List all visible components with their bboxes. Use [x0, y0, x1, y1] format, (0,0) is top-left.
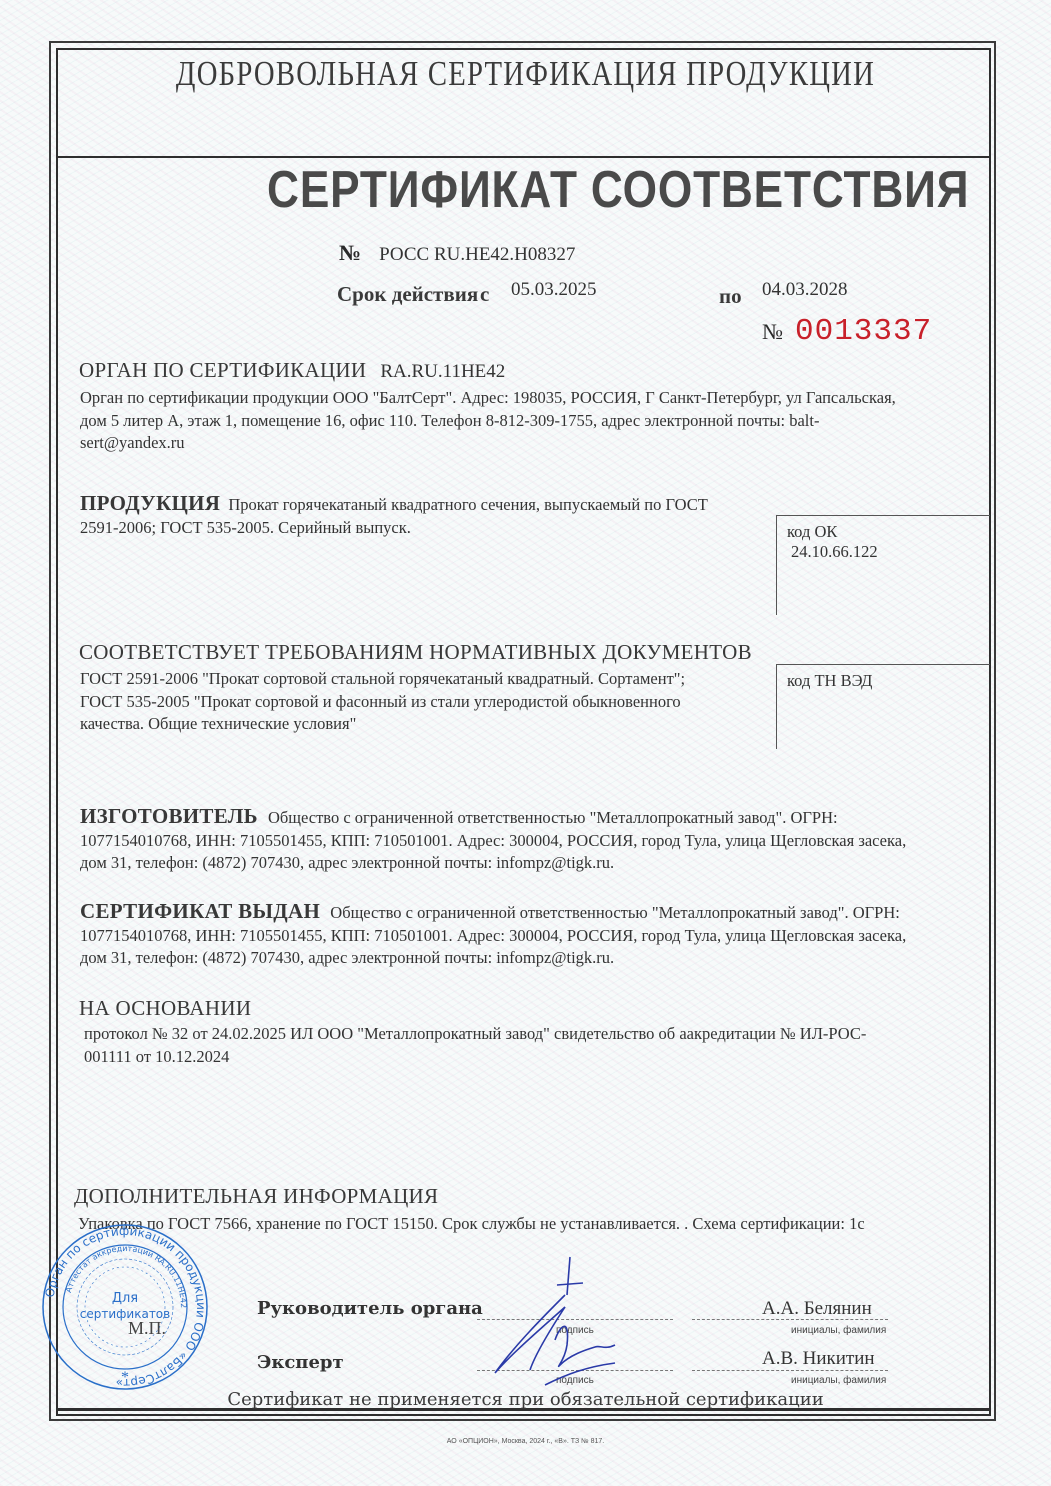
serial-number: 0013337: [795, 314, 932, 349]
tnved-code-label: код ТН ВЭД: [787, 671, 990, 691]
tnved-code-box: код ТН ВЭД: [776, 664, 990, 749]
issued-to-section: СЕРТИФИКАТ ВЫДАН Общество с ограниченной…: [80, 900, 970, 970]
expert-name-line: [692, 1370, 888, 1371]
ok-code-value: 24.10.66.122: [791, 542, 990, 562]
issued-to-line-2: 1077154010768, ИНН: 7105501455, КПП: 710…: [80, 925, 970, 948]
stamp-place-label: М.П.: [128, 1318, 166, 1339]
header-divider: [56, 156, 991, 158]
ok-code-box: код ОК 24.10.66.122: [776, 515, 990, 615]
text-line: дом 5 литер А, этаж 1, помещение 16, офи…: [80, 410, 970, 433]
text-line: Орган по сертификации продукции ООО "Бал…: [80, 387, 970, 410]
manufacturer-section: ИЗГОТОВИТЕЛЬ Общество с ограниченной отв…: [80, 805, 970, 875]
certificate-title: СЕРТИФИКАТ СООТВЕТСТВИЯ: [158, 160, 1051, 220]
manufacturer-heading: ИЗГОТОВИТЕЛЬ: [80, 804, 258, 828]
certification-body-details: Орган по сертификации продукции ООО "Бал…: [80, 387, 970, 455]
issued-to-heading: СЕРТИФИКАТ ВЫДАН: [80, 899, 320, 923]
manufacturer-line-3: дом 31, телефон: (4872) 707430, адрес эл…: [80, 852, 970, 875]
expert-name: А.В. Никитин: [762, 1348, 875, 1370]
conformity-documents: ГОСТ 2591-2006 "Прокат сортовой стальной…: [80, 668, 770, 736]
head-of-body-label: Руководитель органа: [257, 1298, 483, 1319]
basis-details: протокол № 32 от 24.02.2025 ИЛ ООО "Мета…: [84, 1023, 974, 1068]
issued-to-line-1: Общество с ограниченной ответственностью…: [330, 903, 900, 922]
validity-label: Срок действия: [337, 282, 478, 307]
basis-line-1: протокол № 32 от 24.02.2025 ИЛ ООО "Мета…: [84, 1023, 974, 1046]
basis-line-2: 001111 от 10.12.2024: [84, 1046, 974, 1069]
certification-body-heading: ОРГАН ПО СЕРТИФИКАЦИИ: [79, 358, 366, 382]
certificate-number-row: № РОСС RU.HE42.H08327: [339, 240, 575, 266]
svg-text:Для: Для: [112, 1291, 138, 1306]
conformity-heading: СООТВЕТСТВУЕТ ТРЕБОВАНИЯМ НОРМАТИВНЫХ ДО…: [79, 640, 752, 665]
certification-body-code: RA.RU.11НЕ42: [380, 361, 505, 382]
text-line: ГОСТ 535-2005 "Прокат сортовой и фасонны…: [80, 691, 770, 714]
basis-heading: НА ОСНОВАНИИ: [79, 996, 251, 1021]
certification-stamp-icon: Орган по сертификации продукции ООО «Бал…: [40, 1222, 210, 1392]
validity-to-label: по: [719, 284, 742, 309]
certification-body-heading-row: ОРГАН ПО СЕРТИФИКАЦИИ RA.RU.11НЕ42: [79, 358, 505, 383]
expert-label: Эксперт: [257, 1352, 344, 1373]
manufacturer-line-1: Общество с ограниченной ответственностью…: [268, 808, 838, 827]
additional-info-line: Упаковка по ГОСТ 7566, хранение по ГОСТ …: [78, 1213, 968, 1236]
text-line: ГОСТ 2591-2006 "Прокат сортовой стальной…: [80, 668, 770, 691]
serial-row: № 0013337: [762, 314, 932, 349]
certificate-number: РОСС RU.HE42.H08327: [379, 244, 575, 265]
signature-scribble-icon: [475, 1255, 625, 1395]
expert-name-caption: инициалы, фамилия: [791, 1375, 886, 1386]
additional-info-heading: ДОПОЛНИТЕЛЬНАЯ ИНФОРМАЦИЯ: [74, 1184, 438, 1209]
ok-code-label: код ОК: [787, 522, 990, 542]
serial-sign: №: [762, 319, 783, 344]
validity-from-label: с: [480, 282, 489, 307]
printer-info: АО «ОПЦИОН», Москва, 2024 г., «В». ТЗ № …: [0, 1438, 1051, 1445]
head-name-caption: инициалы, фамилия: [791, 1325, 886, 1336]
valid-from-date: 05.03.2025: [511, 279, 597, 301]
voluntary-certification-title: ДОБРОВОЛЬНАЯ СЕРТИФИКАЦИЯ ПРОДУКЦИИ: [95, 54, 957, 94]
text-line: качества. Общие технические условия": [80, 713, 770, 736]
number-sign: №: [339, 240, 361, 265]
head-name: А.А. Белянин: [762, 1298, 872, 1320]
voluntary-only-note: Сертификат не применяется при обязательн…: [0, 1389, 1051, 1410]
svg-text:*: *: [121, 1369, 129, 1386]
issued-to-line-3: дом 31, телефон: (4872) 707430, адрес эл…: [80, 947, 970, 970]
product-line-1: Прокат горячекатаный квадратного сечения…: [228, 495, 708, 514]
product-heading: ПРОДУКЦИЯ: [80, 491, 220, 515]
valid-to-date: 04.03.2028: [762, 279, 848, 301]
manufacturer-line-2: 1077154010768, ИНН: 7105501455, КПП: 710…: [80, 830, 970, 853]
text-line: sert@yandex.ru: [80, 432, 970, 455]
